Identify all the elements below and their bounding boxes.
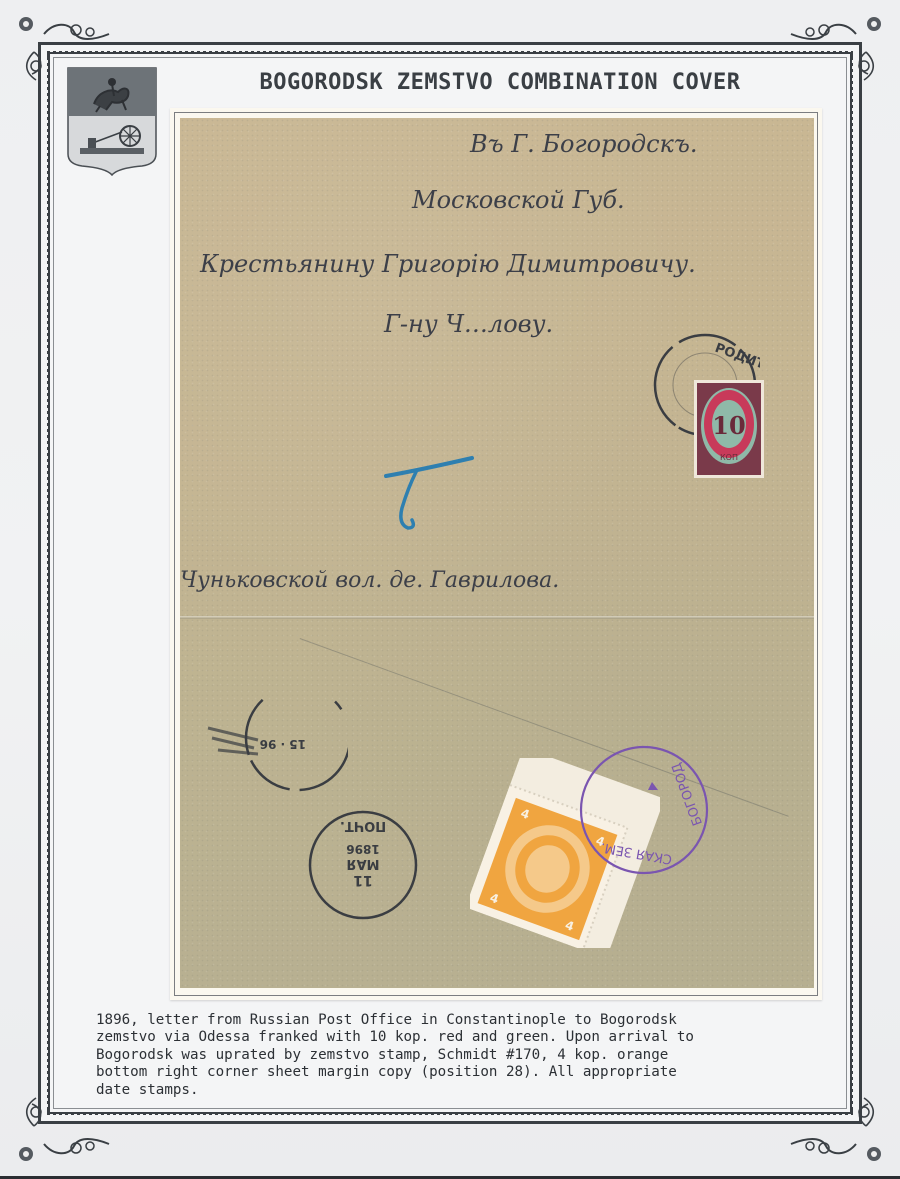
postmark-odessa-icon: 11 МАЯ 1896 ПОЧТ. — [306, 808, 421, 923]
svg-text:КОП: КОП — [720, 453, 738, 462]
blue-crayon-mark-icon — [380, 448, 480, 538]
svg-text:10: 10 — [712, 411, 745, 440]
postmark-transit-icon: 15 · 96 — [198, 678, 348, 798]
address-line-city: Въ Г. Богородскъ. — [470, 130, 698, 158]
coat-of-arms-icon — [66, 66, 158, 176]
address-line-village: Чуньковской вол. де. Гаврилова. — [180, 568, 559, 593]
svg-text:МАЯ: МАЯ — [346, 856, 379, 871]
address-line-surname: Г-ну Ч…лову. — [384, 310, 553, 338]
svg-text:11: 11 — [353, 872, 372, 888]
address-line-province: Московской Губ. — [412, 186, 625, 214]
svg-text:БОГОРОД: БОГОРОД — [669, 761, 706, 828]
cover-description: 1896, letter from Russian Post Office in… — [96, 1012, 808, 1099]
svg-text:15 · 96: 15 · 96 — [260, 737, 306, 751]
svg-text:1896: 1896 — [346, 842, 379, 856]
envelope-cover: Въ Г. Богородскъ. Московской Губ. Кресть… — [180, 118, 814, 988]
fold-line — [180, 616, 814, 619]
stamp-levant-10-kop: 10 КОП — [694, 380, 764, 478]
page-title: BOGORODSK ZEMSTVO COMBINATION COVER — [170, 70, 830, 95]
svg-text:ПОЧТ.: ПОЧТ. — [340, 818, 386, 833]
address-line-recipient: Крестьянину Григорiю Димитровичу. — [200, 250, 696, 278]
svg-text:РОДИТ: РОДИТ — [713, 341, 760, 373]
postmark-bogorodsk-icon: СКАЯ ЗЕМ. БОГОРОД — [576, 742, 712, 878]
